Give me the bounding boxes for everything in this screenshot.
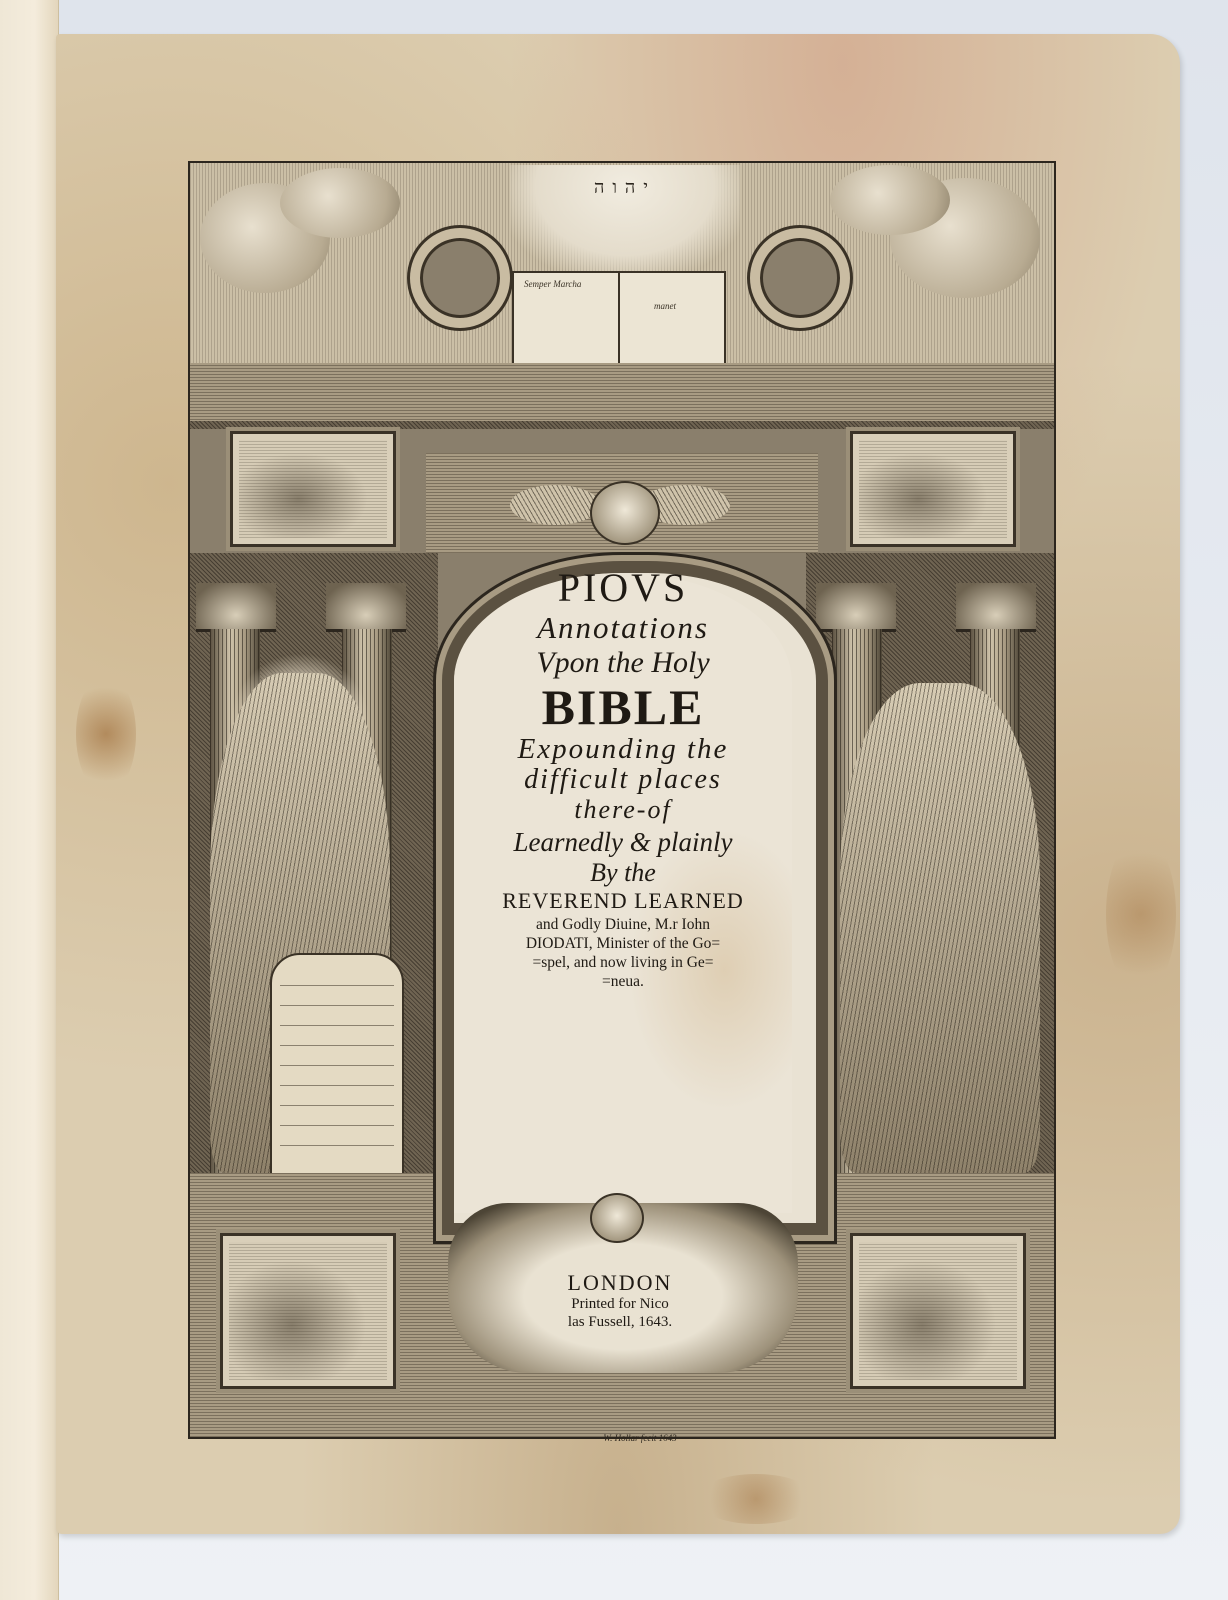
title-line-thereof: there-of bbox=[454, 795, 792, 825]
imprint-line-1: Printed for Nico bbox=[500, 1295, 740, 1313]
scene-panel-bottom-left bbox=[220, 1233, 396, 1389]
engraver-signature: W. Hollar fecit 1643 bbox=[540, 1433, 740, 1443]
imprint-line-2: las Fussell, 1643. bbox=[500, 1313, 740, 1331]
facing-page-edge bbox=[0, 0, 59, 1600]
column-capital bbox=[196, 583, 276, 632]
column-capital bbox=[956, 583, 1036, 632]
title-line-gospel: =spel, and now living in Ge= bbox=[454, 953, 792, 972]
title-line-bible: BIBLE bbox=[454, 681, 792, 733]
title-line-reverend: REVEREND LEARNED bbox=[454, 887, 792, 915]
column-capital bbox=[326, 583, 406, 632]
cherub-wing-left bbox=[510, 485, 600, 525]
ten-commandments-tablets bbox=[270, 953, 404, 1177]
title-page: יהוה Semper Marcha manet bbox=[56, 34, 1180, 1534]
title-line-by: By the bbox=[454, 859, 792, 887]
imprint: LONDON Printed for Nico las Fussell, 164… bbox=[500, 1271, 740, 1331]
foxing-stain bbox=[76, 674, 136, 794]
foxing-stain bbox=[1106, 834, 1176, 994]
imprint-city: LONDON bbox=[500, 1271, 740, 1295]
title-line-expounding: Expounding the bbox=[454, 733, 792, 765]
title-line-geneva: =neua. bbox=[454, 972, 792, 991]
column-capital bbox=[816, 583, 896, 632]
entablature bbox=[190, 363, 1054, 423]
cloud-left bbox=[280, 168, 400, 238]
title-line-author: and Godly Diuine, M.r Iohn bbox=[454, 915, 792, 934]
engraved-plate: יהוה Semper Marcha manet bbox=[188, 161, 1056, 1439]
scene-panel-top-right bbox=[850, 431, 1016, 547]
title-line-learnedly: Learnedly & plainly bbox=[454, 825, 792, 859]
winged-cherub bbox=[590, 481, 660, 545]
book-caption-left: Semper Marcha bbox=[524, 279, 581, 289]
foxing-stain bbox=[696, 1474, 816, 1524]
scene-panel-top-left bbox=[230, 431, 396, 547]
book-caption-right: manet bbox=[654, 301, 676, 311]
cloud-right bbox=[830, 165, 950, 235]
title-block: PIOVS Annotations Vpon the Holy BIBLE Ex… bbox=[454, 563, 792, 991]
title-line-vpon: Vpon the Holy bbox=[454, 645, 792, 681]
cornice bbox=[190, 421, 1054, 429]
title-line-piovs: PIOVS bbox=[454, 565, 792, 611]
cartouche-cherub bbox=[590, 1193, 644, 1243]
title-line-annotations: Annotations bbox=[454, 611, 792, 645]
high-priest-figure bbox=[840, 683, 1040, 1173]
volute-scroll-left bbox=[410, 228, 510, 328]
scene-panel-bottom-right bbox=[850, 1233, 1026, 1389]
title-line-diodati: DIODATI, Minister of the Go= bbox=[454, 934, 792, 953]
title-line-difficult: difficult places bbox=[454, 765, 792, 795]
volute-scroll-right bbox=[750, 228, 850, 328]
tetragrammaton: יהוה bbox=[540, 177, 710, 198]
